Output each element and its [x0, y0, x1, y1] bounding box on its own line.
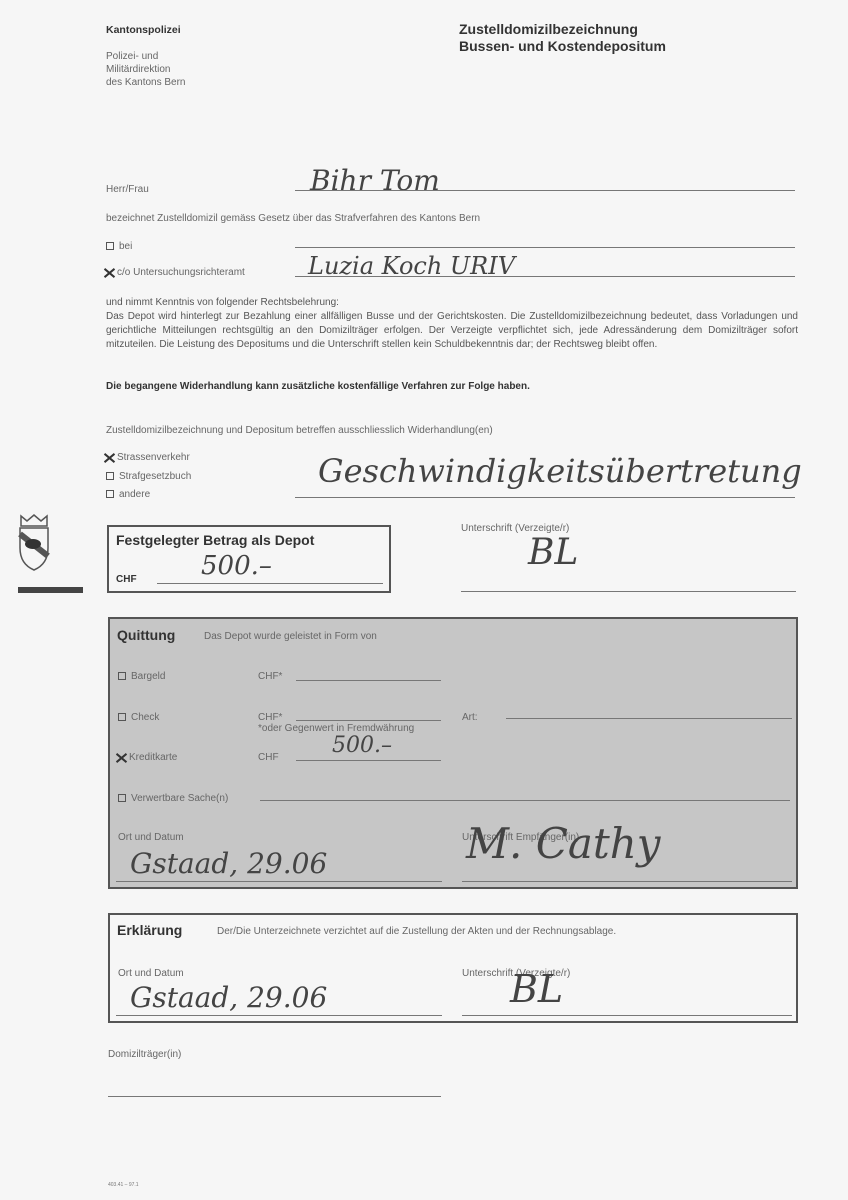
form-title-line: Bussen- und Kostendepositum: [459, 38, 666, 55]
erklaerung-place-date-label: Ort und Datum: [118, 968, 184, 979]
erklaerung-box: Erklärung Der/Die Unterzeichnete verzich…: [108, 913, 798, 1023]
payment-option-kreditkarte[interactable]: Kreditkarte: [115, 752, 177, 763]
domicile-option-untersuchungsrichteramt[interactable]: c/o Untersuchungsrichteramt: [103, 267, 245, 278]
domicile-option-bei[interactable]: bei: [106, 241, 132, 252]
verwertbare-line: [260, 800, 790, 801]
bargeld-line: [296, 680, 441, 681]
deposit-amount-line: [157, 583, 383, 584]
option-label: Bargeld: [131, 671, 165, 682]
erklaerung-text: Der/Die Unterzeichnete verzichtet auf di…: [217, 926, 616, 937]
option-label: Check: [131, 712, 159, 723]
erklaerung-signature-line: [462, 1015, 792, 1016]
department-line: Militärdirektion: [106, 63, 186, 76]
art-line: [506, 718, 792, 719]
offense-intro: Zustelldomizilbezeichnung und Depositum …: [106, 425, 493, 436]
department-line: Polizei- und: [106, 50, 186, 63]
erklaerung-place-date[interactable]: Gstaad, 29.06: [130, 981, 327, 1014]
quittung-place-date[interactable]: Gstaad, 29.06: [130, 847, 327, 880]
person-label: Herr/Frau: [106, 184, 149, 195]
option-label: bei: [119, 241, 132, 252]
form-title: Zustelldomizilbezeichnung Bussen- und Ko…: [459, 21, 666, 55]
receiver-signature[interactable]: M. Cathy: [466, 819, 661, 868]
deposit-amount[interactable]: 500.–: [201, 551, 272, 581]
erklaerung-place-date-line: [116, 1015, 442, 1016]
checkbox-icon[interactable]: [106, 490, 114, 498]
domiciliary-label: Domizilträger(in): [108, 1049, 181, 1060]
accused-signature-line: [461, 591, 796, 592]
checked-checkbox-icon[interactable]: [103, 268, 115, 276]
art-label: Art:: [462, 712, 478, 723]
payment-option-check[interactable]: Check: [118, 712, 159, 723]
offense-description[interactable]: Geschwindigkeitsübertretung: [318, 452, 802, 490]
quittung-place-date-line: [116, 881, 442, 882]
department: Polizei- und Militärdirektion des Kanton…: [106, 50, 186, 89]
quittung-box: Quittung Das Depot wurde geleistet in Fo…: [108, 617, 798, 889]
kreditkarte-amount[interactable]: 500.–: [332, 733, 392, 758]
kreditkarte-currency: CHF: [258, 752, 279, 763]
deposit-box: Festgelegter Betrag als Depot CHF 500.–: [107, 525, 391, 593]
organization-name: Kantonspolizei: [106, 24, 181, 36]
emblem-bar: [18, 587, 83, 593]
legal-notice: und nimmt Kenntnis von folgender Rechtsb…: [106, 296, 798, 352]
erklaerung-title: Erklärung: [117, 922, 182, 938]
checkbox-icon[interactable]: [118, 672, 126, 680]
check-line: [296, 720, 441, 721]
offense-option-strassenverkehr[interactable]: Strassenverkehr: [103, 452, 190, 463]
form-number: 403.41 – 97.1: [108, 1182, 139, 1188]
checkbox-icon[interactable]: [118, 713, 126, 721]
accused-signature[interactable]: BL: [528, 532, 578, 573]
checkbox-icon[interactable]: [106, 242, 114, 250]
option-label: Kreditkarte: [129, 752, 177, 763]
quittung-title: Quittung: [117, 627, 175, 643]
deposit-currency: CHF: [116, 574, 137, 585]
payment-option-bargeld[interactable]: Bargeld: [118, 671, 165, 682]
bei-line: [295, 247, 795, 248]
deposit-title: Festgelegter Betrag als Depot: [116, 532, 314, 548]
checkbox-icon[interactable]: [118, 794, 126, 802]
checkbox-icon[interactable]: [106, 472, 114, 480]
bern-coat-of-arms-icon: [17, 514, 51, 577]
checked-checkbox-icon[interactable]: [103, 453, 115, 461]
check-currency: CHF*: [258, 712, 282, 723]
domicile-intro: bezeichnet Zustelldomizil gemäss Gesetz …: [106, 213, 480, 224]
form-title-line: Zustelldomizilbezeichnung: [459, 21, 666, 38]
option-label: c/o Untersuchungsrichteramt: [117, 267, 245, 278]
offense-line: [295, 497, 795, 498]
option-label: Strafgesetzbuch: [119, 471, 191, 482]
person-value[interactable]: Bihr Tom: [310, 164, 440, 197]
bargeld-currency: CHF*: [258, 671, 282, 682]
legal-notice-text: Das Depot wird hinterlegt zur Bezahlung …: [106, 310, 798, 352]
offense-option-andere[interactable]: andere: [106, 489, 150, 500]
option-label: andere: [119, 489, 150, 500]
checked-checkbox-icon[interactable]: [115, 753, 127, 761]
warning-text: Die begangene Widerhandlung kann zusätzl…: [106, 381, 530, 392]
option-label: Verwertbare Sache(n): [131, 793, 228, 804]
payment-option-verwertbare-sachen[interactable]: Verwertbare Sache(n): [118, 793, 228, 804]
quittung-subtitle: Das Depot wurde geleistet in Form von: [204, 631, 377, 642]
person-line: [295, 190, 795, 191]
department-line: des Kantons Bern: [106, 76, 186, 89]
untersuchungsrichteramt-line: [295, 276, 795, 277]
receiver-signature-line: [462, 881, 792, 882]
kreditkarte-line: [296, 760, 441, 761]
quittung-place-date-label: Ort und Datum: [118, 832, 184, 843]
option-label: Strassenverkehr: [117, 452, 190, 463]
domiciliary-line: [108, 1096, 441, 1097]
offense-option-strafgesetzbuch[interactable]: Strafgesetzbuch: [106, 471, 191, 482]
legal-notice-intro: und nimmt Kenntnis von folgender Rechtsb…: [106, 296, 798, 310]
erklaerung-signature[interactable]: BL: [510, 967, 563, 1011]
